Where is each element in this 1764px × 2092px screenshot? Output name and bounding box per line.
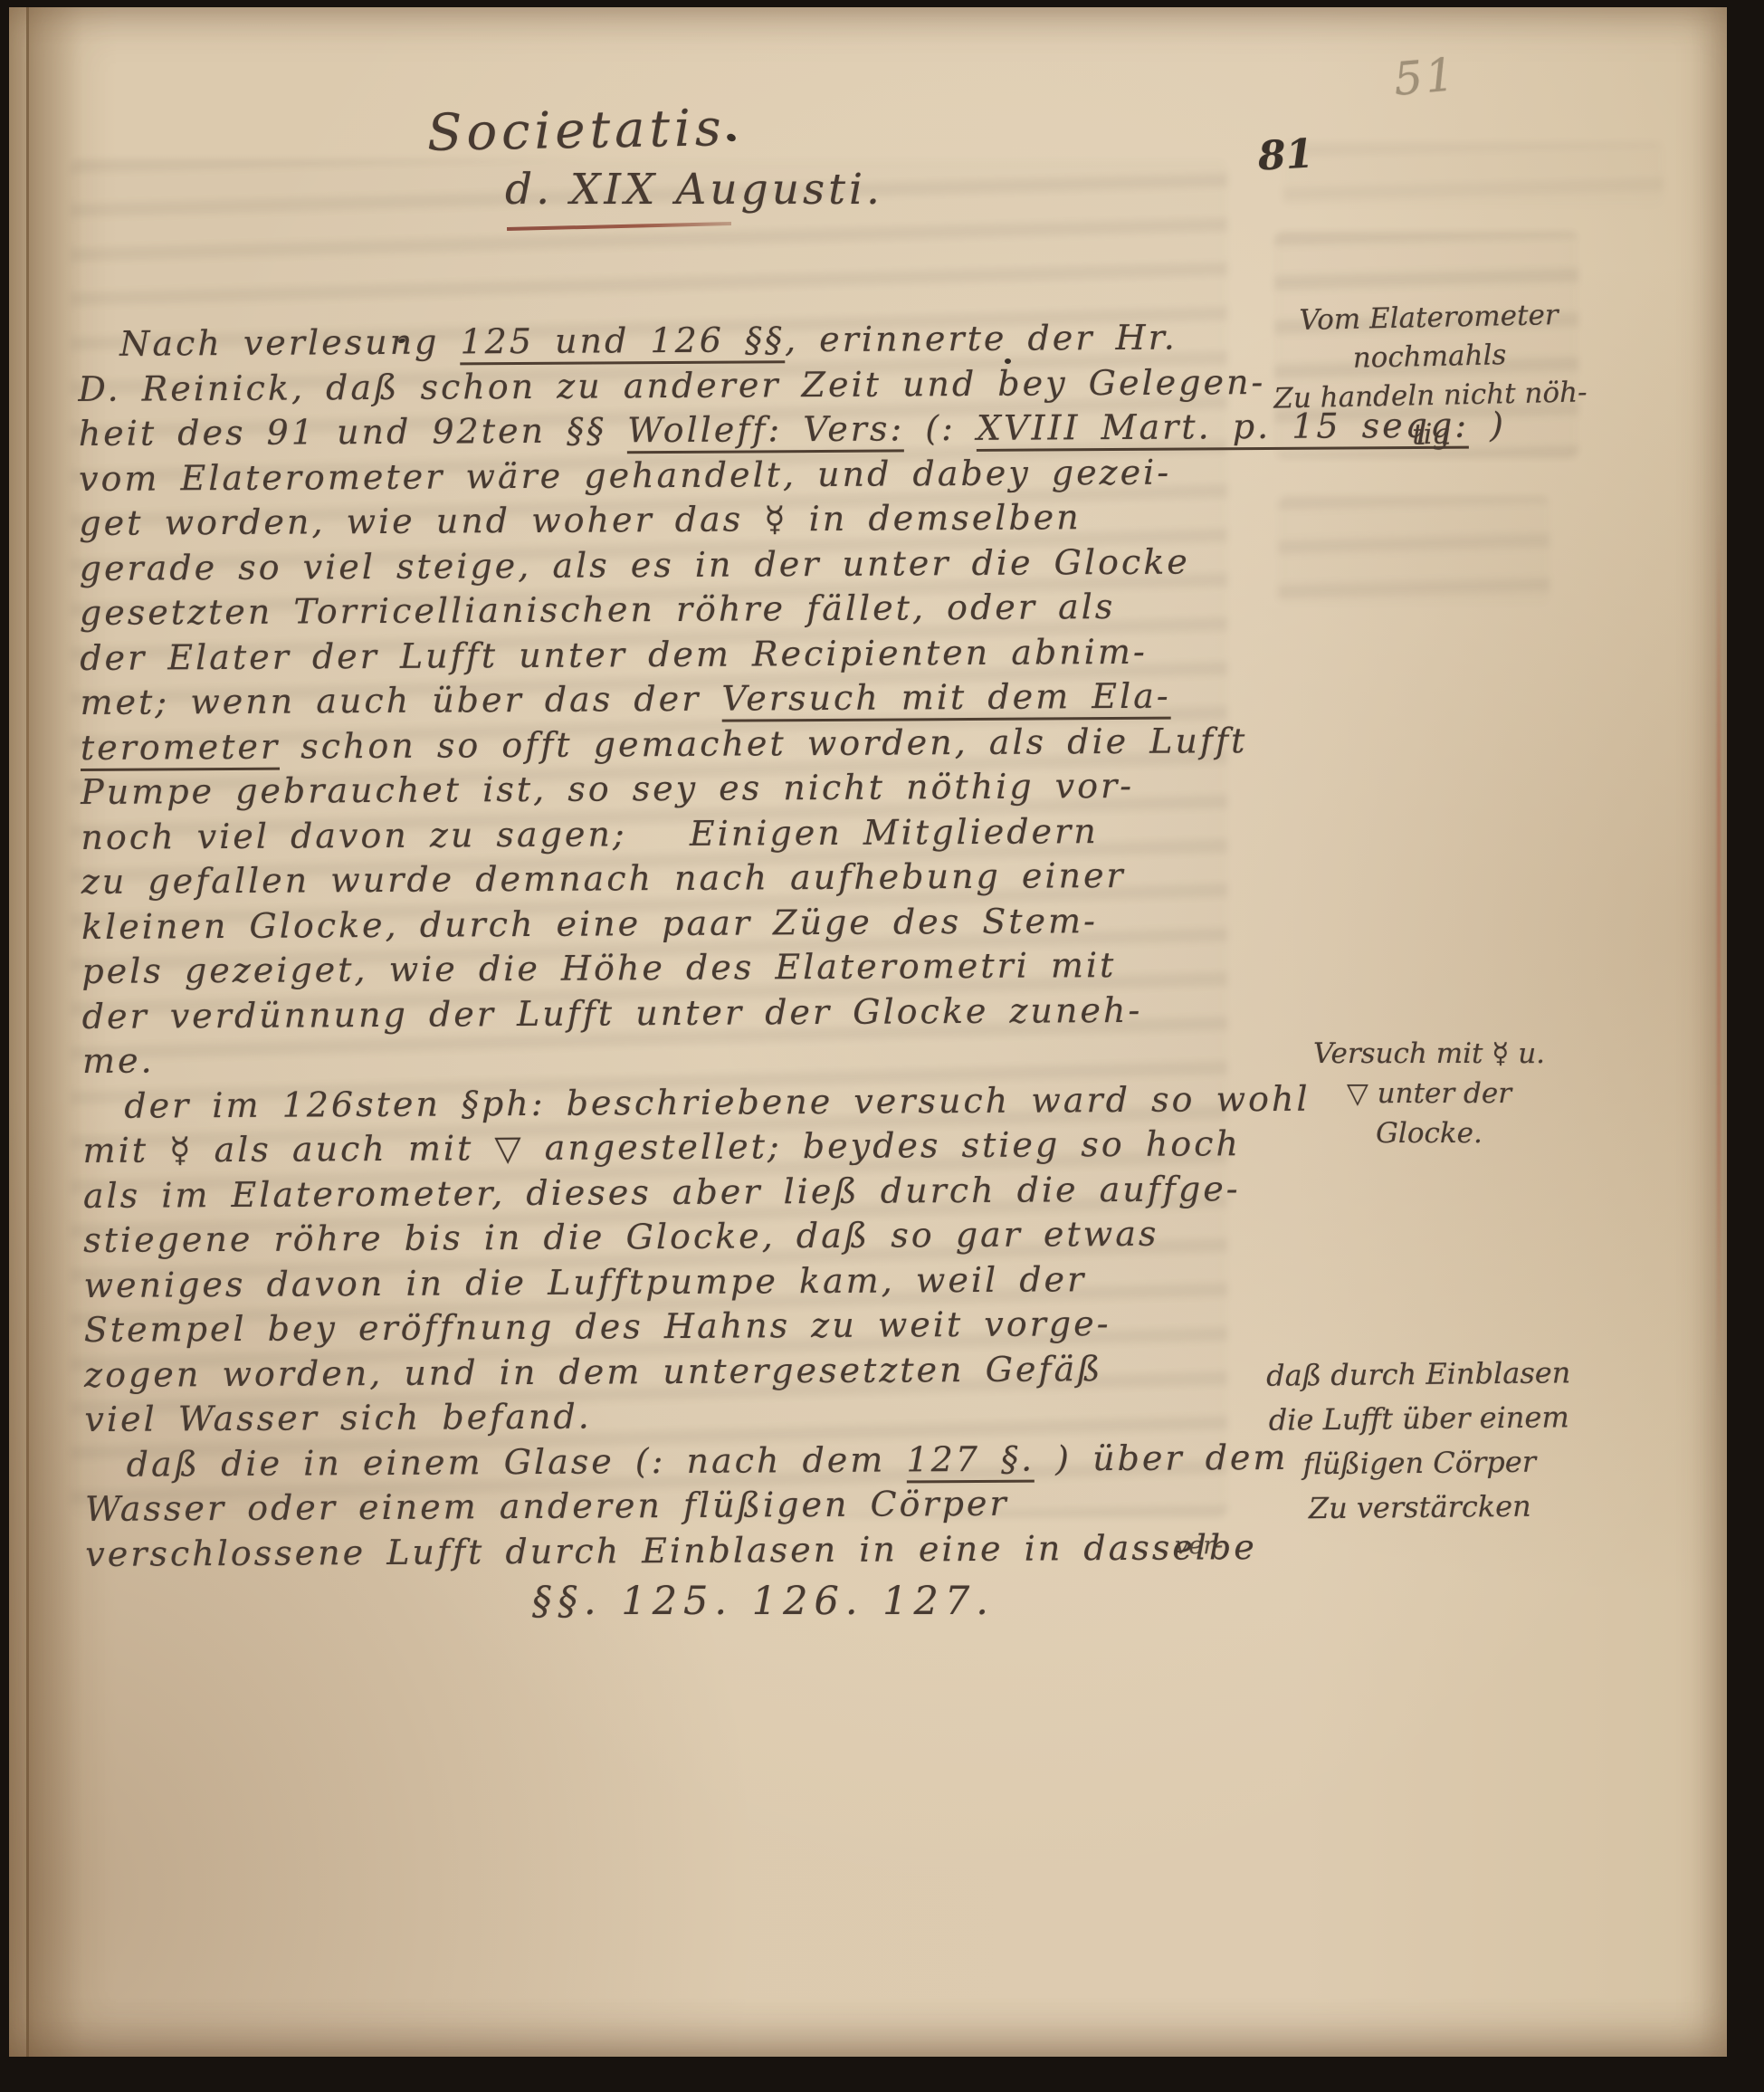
body-line: weniges davon in die Lufftpumpe kam, wei… <box>83 1256 1287 1308</box>
body-line: der verdünnung der Lufft unter der Glock… <box>82 987 1286 1039</box>
margin-note-line: daß durch Einblasen <box>1255 1351 1581 1399</box>
body-line: stiegene röhre bis in die Glocke, daß so… <box>83 1211 1287 1264</box>
body-line-segment: viel Wasser sich befand. <box>84 1397 592 1439</box>
body-line-segment: zogen worden, und in dem untergesetzten … <box>84 1349 1103 1395</box>
body-line-segment: noch viel davon zu sagen; Einigen Mitgli… <box>81 811 1099 857</box>
body-line-segment: Wasser oder einem anderen flüßigen Cörpe… <box>85 1484 1009 1529</box>
margin-note-versuch: Versuch mit ☿ u.▽ unter derGlocke. <box>1280 1034 1578 1153</box>
body-line-segment: der im 126sten §ph: beschriebene versuch… <box>124 1078 1310 1125</box>
body-line-segment: als im Elaterometer, dieses aber ließ du… <box>83 1169 1241 1216</box>
body-line: kleinen Glocke, durch eine paar Züge des… <box>81 897 1285 950</box>
body-line-segment: gesetzten Torricellianischen röhre fälle… <box>80 587 1116 633</box>
body-line-segment: verschlossene Lufft durch Einblasen in e… <box>85 1527 1257 1574</box>
body-line: zu gefallen wurde demnach nach aufhebung… <box>81 853 1285 905</box>
body-line-segment: get worden, wie und woher das ☿ in demse… <box>79 497 1082 543</box>
body-line: D. Reinick, daß schon zu anderer Zeit un… <box>78 359 1282 412</box>
ink-speck <box>726 132 737 142</box>
margin-note-line: Vom Elaterometer <box>1271 295 1587 340</box>
body-line-segment: me. <box>82 1040 155 1080</box>
body-line: mit ☿ als auch mit ▽ angestellet; beydes… <box>82 1122 1286 1174</box>
body-line-segment: Nach verlesung <box>119 321 461 363</box>
underlined-phrase: Versuch mit dem Ela- <box>721 676 1171 722</box>
underlined-phrase: 125 und 126 §§ <box>460 320 785 365</box>
body-line: me. <box>82 1032 1286 1084</box>
body-line-segment: D. Reinick, daß schon zu anderer Zeit un… <box>78 361 1265 408</box>
body-line-segment: der verdünnung der Lufft unter der Glock… <box>82 989 1143 1036</box>
body-line-segment: schon so offt gemachet worden, als die L… <box>280 721 1247 767</box>
bleed-through-text <box>1278 496 1549 605</box>
body-line: met; wenn auch über das der Versuch mit … <box>80 673 1283 726</box>
body-line-segment: Pumpe gebrauchet ist, so sey es nicht nö… <box>81 766 1134 812</box>
margin-note-line: ▽ unter der <box>1280 1074 1578 1113</box>
body-line-segment: mit ☿ als auch mit ▽ angestellet; beydes… <box>82 1123 1241 1170</box>
body-line: terometer schon so offt gemachet worden,… <box>81 718 1284 770</box>
body-line: viel Wasser sich befand. <box>84 1390 1288 1443</box>
body-line-segment: Stempel bey eröffnung des Hahns zu weit … <box>84 1304 1111 1350</box>
margin-note-line: nochmahls <box>1272 334 1588 379</box>
body-line: der im 126sten §ph: beschriebene versuch… <box>82 1076 1286 1129</box>
archive-folio-number: 51 <box>1392 48 1459 106</box>
underlined-phrase: 127 §. <box>906 1438 1035 1483</box>
ink-page-number: 81 <box>1257 130 1315 179</box>
body-line: verschlossene Lufft durch Einblasen in e… <box>85 1524 1289 1577</box>
body-line-segment: vom Elaterometer wäre gehandelt, und dab… <box>79 452 1171 498</box>
margin-note-einblasen: daß durch Einblasendie Lufft über einemf… <box>1255 1351 1583 1532</box>
catchword: ver- <box>1175 1532 1223 1560</box>
body-line-segment: met; wenn auch über das der <box>80 679 721 722</box>
underlined-phrase: terometer <box>81 726 281 770</box>
body-line-segment: der Elater der Lufft unter dem Recipient… <box>80 631 1148 677</box>
body-line: der Elater der Lufft unter dem Recipient… <box>80 628 1283 681</box>
fore-edge-highlight <box>1717 514 1721 1401</box>
bleed-through-text <box>1283 143 1664 206</box>
margin-note-line: Zu verstärcken <box>1257 1484 1583 1532</box>
gutter-line <box>26 7 29 2057</box>
body-line: Wasser oder einem anderen flüßigen Cörpe… <box>85 1480 1289 1533</box>
body-line-segment: kleinen Glocke, durch eine paar Züge des… <box>81 901 1098 947</box>
margin-note-line: Glocke. <box>1280 1113 1578 1153</box>
body-line-segment: weniges davon in die Lufftpumpe kam, wei… <box>83 1259 1086 1305</box>
body-line-segment: zu gefallen wurde demnach nach aufhebung… <box>81 855 1126 902</box>
manuscript-page: 51 81 Societatis d. XIX Augusti. Nach ve… <box>9 7 1727 2057</box>
body-line-segment: stiegene röhre bis in die Glocke, daß so… <box>83 1214 1159 1260</box>
body-line: zogen worden, und in dem untergesetzten … <box>84 1345 1288 1398</box>
body-line-segment: ) über dem <box>1035 1437 1289 1478</box>
underlined-phrase: Wolleff: Vers: <box>627 408 904 454</box>
body-line: Stempel bey eröffnung des Hahns zu weit … <box>84 1301 1288 1353</box>
margin-note-line: flüßigen Cörper <box>1256 1439 1582 1487</box>
body-line: pels gezeiget, wie die Höhe des Elaterom… <box>81 942 1285 995</box>
body-line: Pumpe gebrauchet ist, so sey es nicht nö… <box>81 763 1284 816</box>
margin-note-line: tig <box>1273 412 1589 457</box>
heading-societatis: Societatis <box>426 99 726 163</box>
body-text-block: Nach verlesung 125 und 126 §§, erinnerte… <box>78 315 1289 1577</box>
body-line-segment: pels gezeiget, wie die Höhe des Elaterom… <box>81 945 1116 991</box>
margin-note-elaterometer: Vom ElaterometernochmahlsZu handeln nich… <box>1271 295 1589 457</box>
body-line: gesetzten Torricellianischen röhre fälle… <box>80 584 1283 636</box>
body-line: noch viel davon zu sagen; Einigen Mitgli… <box>81 807 1284 860</box>
body-line-segment: heit des 91 und 92ten §§ <box>79 410 628 454</box>
heading-date: d. XIX Augusti. <box>505 165 883 215</box>
scan-background: 51 81 Societatis d. XIX Augusti. Nach ve… <box>0 0 1764 2092</box>
body-line: daß die in einem Glase (: nach dem 127 §… <box>85 1435 1289 1487</box>
body-line: als im Elaterometer, dieses aber ließ du… <box>83 1166 1287 1218</box>
ink-speck <box>1005 358 1011 364</box>
body-line: heit des 91 und 92ten §§ Wolleff: Vers: … <box>79 405 1282 457</box>
body-line-segment: (: <box>904 408 977 448</box>
body-line: Nach verlesung 125 und 126 §§, erinnerte… <box>78 315 1282 368</box>
body-line: gerade so viel steige, als es in der unt… <box>80 539 1283 591</box>
margin-note-line: die Lufft über einem <box>1255 1395 1581 1443</box>
body-line-segment: gerade so viel steige, als es in der unt… <box>80 541 1190 587</box>
body-line: vom Elaterometer wäre gehandelt, und dab… <box>79 449 1282 502</box>
margin-note-line: Versuch mit ☿ u. <box>1280 1034 1578 1074</box>
margin-note-line: Zu handeln nicht nöh- <box>1273 373 1588 418</box>
footer-section-numbers: §§. 125. 126. 127. <box>532 1579 995 1624</box>
body-line-segment: , erinnerte der Hr. <box>785 318 1178 360</box>
body-line: get worden, wie und woher das ☿ in demse… <box>79 494 1282 547</box>
body-line-segment: daß die in einem Glase (: nach dem <box>127 1439 907 1484</box>
